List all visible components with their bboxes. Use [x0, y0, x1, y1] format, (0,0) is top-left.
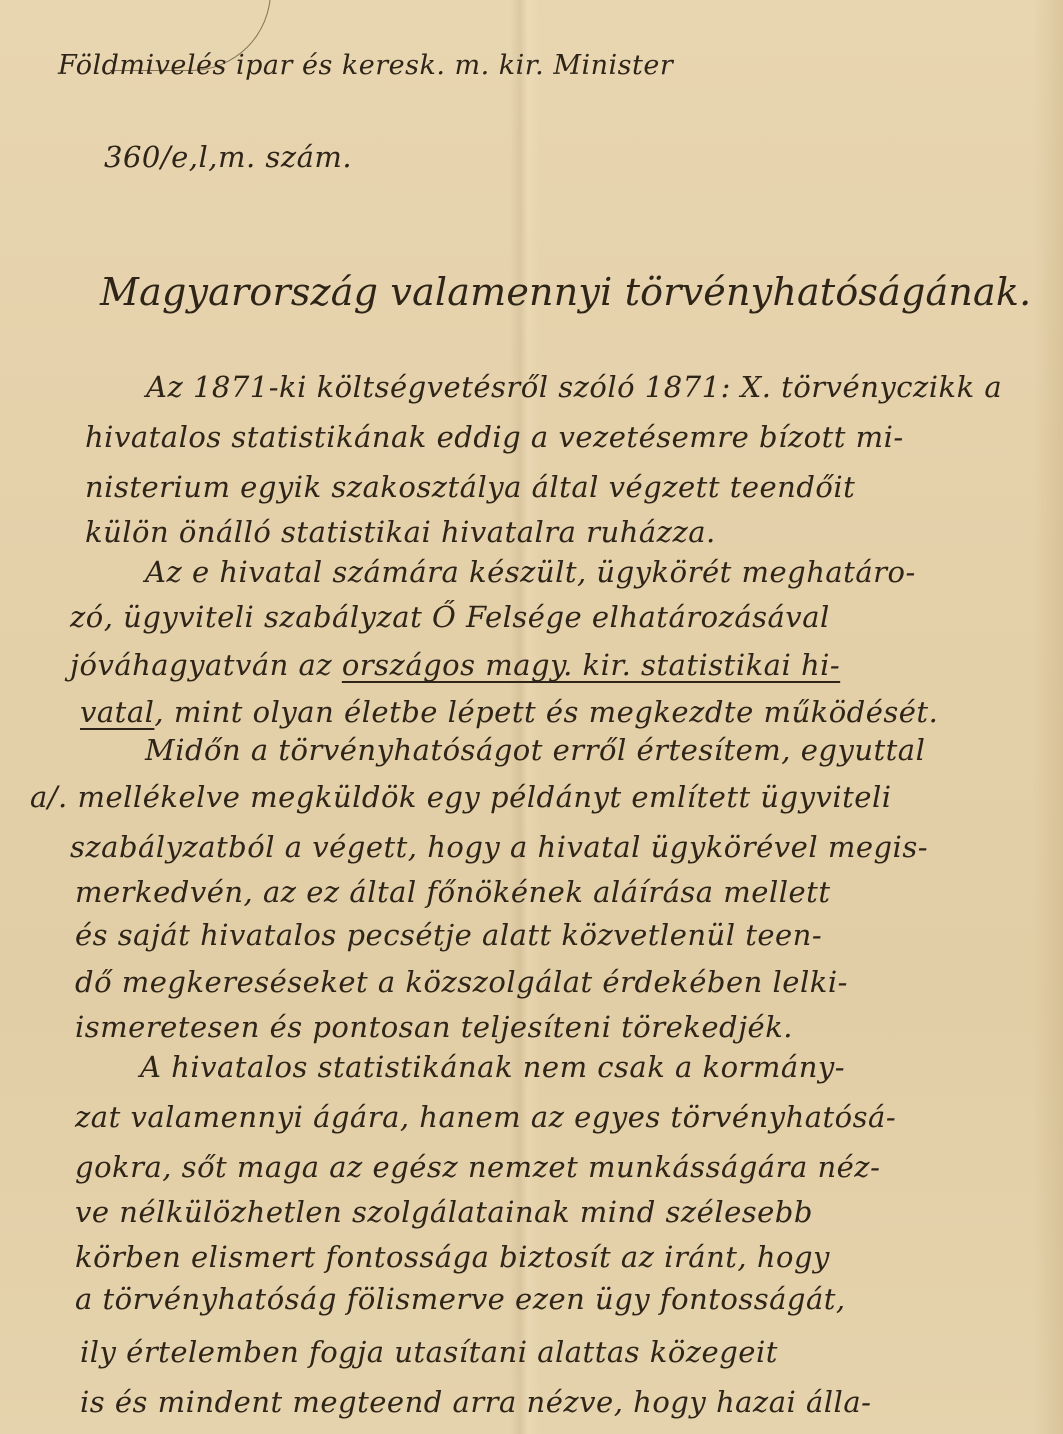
letter-line: a törvényhatóság fölismerve ezen ügy fon…	[75, 1282, 846, 1316]
document-title: Magyarország valamennyi törvényhatóságán…	[100, 270, 1031, 314]
letter-line: ily értelemben fogja utasítani alattas k…	[80, 1335, 778, 1369]
letter-line: Az 1871-ki költségvetésről szóló 1871: X…	[146, 370, 1002, 404]
paper-page: Földmivelés ipar és keresk. m. kir. Mini…	[0, 0, 1063, 1434]
paper-edge-shadow	[1033, 0, 1063, 1434]
letter-line: ve nélkülözhetlen szolgálatainak mind sz…	[75, 1195, 813, 1229]
letter-line: jóváhagyatván az országos magy. kir. sta…	[70, 648, 840, 682]
letter-line: gokra, sőt maga az egész nemzet munkássá…	[75, 1150, 880, 1184]
letter-line: Az e hivatal számára készült, ügykörét m…	[145, 555, 916, 589]
document-number: 360/e,l,m. szám.	[104, 140, 352, 174]
letter-line: merkedvén, az ez által főnökének aláírás…	[75, 875, 830, 909]
letter-line: a/. mellékelve megküldök egy példányt em…	[30, 780, 892, 814]
letter-line: szabályzatból a végett, hogy a hivatal ü…	[70, 830, 928, 864]
letter-line: zó, ügyviteli szabályzat Ő Felsége elhat…	[70, 600, 830, 634]
letter-line: ismeretesen és pontosan teljesíteni töre…	[75, 1010, 793, 1044]
letter-line: vatal, mint olyan életbe lépett és megke…	[80, 695, 938, 729]
letter-line: nisterium egyik szakosztálya által végze…	[85, 470, 855, 504]
letter-line: Midőn a törvényhatóságot erről értesítem…	[145, 733, 925, 767]
letter-line: A hivatalos statistikának nem csak a kor…	[140, 1050, 845, 1084]
letter-line: körben elismert fontossága biztosít az i…	[75, 1240, 830, 1274]
underlined-text: vatal	[80, 695, 154, 729]
letter-line: hivatalos statistikának eddig a vezetése…	[85, 420, 904, 454]
letter-line: és saját hivatalos pecsétje alatt közvet…	[75, 918, 822, 952]
letter-line: külön önálló statistikai hivatalra ruház…	[85, 515, 716, 549]
letter-line: is és mindent megteend arra nézve, hogy …	[80, 1385, 871, 1419]
letter-line: dő megkereséseket a közszolgálat érdekéb…	[75, 965, 848, 999]
letter-line: zat valamennyi ágára, hanem az egyes tör…	[75, 1100, 896, 1134]
ministry-header: Földmivelés ipar és keresk. m. kir. Mini…	[58, 50, 673, 81]
underlined-text: országos magy. kir. statistikai hi-	[342, 648, 840, 682]
